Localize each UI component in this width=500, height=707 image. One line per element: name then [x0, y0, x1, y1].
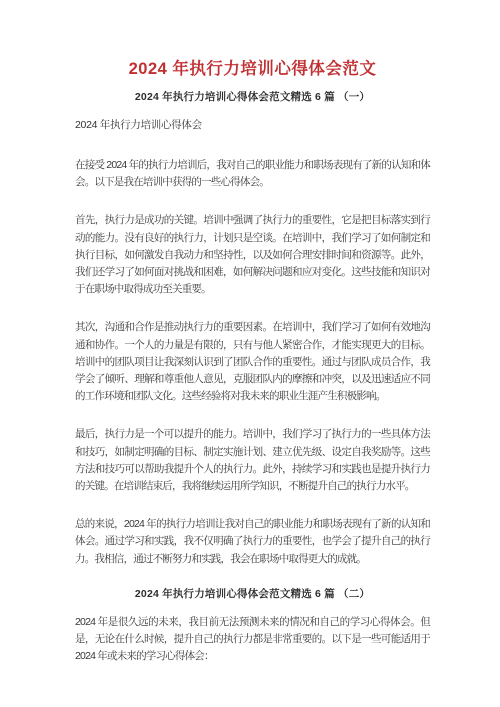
paragraph: 其次，沟通和合作是推动执行力的重要因素。在培训中，我们学习了如何有效地沟通和协作…: [75, 319, 430, 405]
paragraph: 2024 年是很久远的未来，我目前无法预测未来的情况和自己的学习心得体会。但是，…: [75, 614, 430, 666]
document-title: 2024 年执行力培训心得体会范文: [75, 60, 430, 78]
paragraph: 总的来说，2024 年的执行力培训让我对自己的职业能力和职场表现有了新的认知和体…: [75, 516, 430, 568]
paragraph: 最后，执行力是一个可以提升的能力。培训中，我们学习了执行力的一些具体方法和技巧，…: [75, 426, 430, 495]
section2-subtitle: 2024 年执行力培训心得体会范文精选 6 篇 （二）: [75, 588, 430, 600]
section1-subtitle: 2024 年执行力培训心得体会范文精选 6 篇 （一）: [75, 91, 430, 103]
paragraph: 首先，执行力是成功的关键。培训中强调了执行力的重要性，它是把目标落实到行动的能力…: [75, 212, 430, 298]
paragraph: 在接受 2024 年的执行力培训后，我对自己的职业能力和职场表现有了新的认知和体…: [75, 157, 430, 191]
section1-heading: 2024 年执行力培训心得体会: [75, 119, 430, 131]
document-page: 2024 年执行力培训心得体会范文 2024 年执行力培训心得体会范文精选 6 …: [0, 0, 500, 707]
